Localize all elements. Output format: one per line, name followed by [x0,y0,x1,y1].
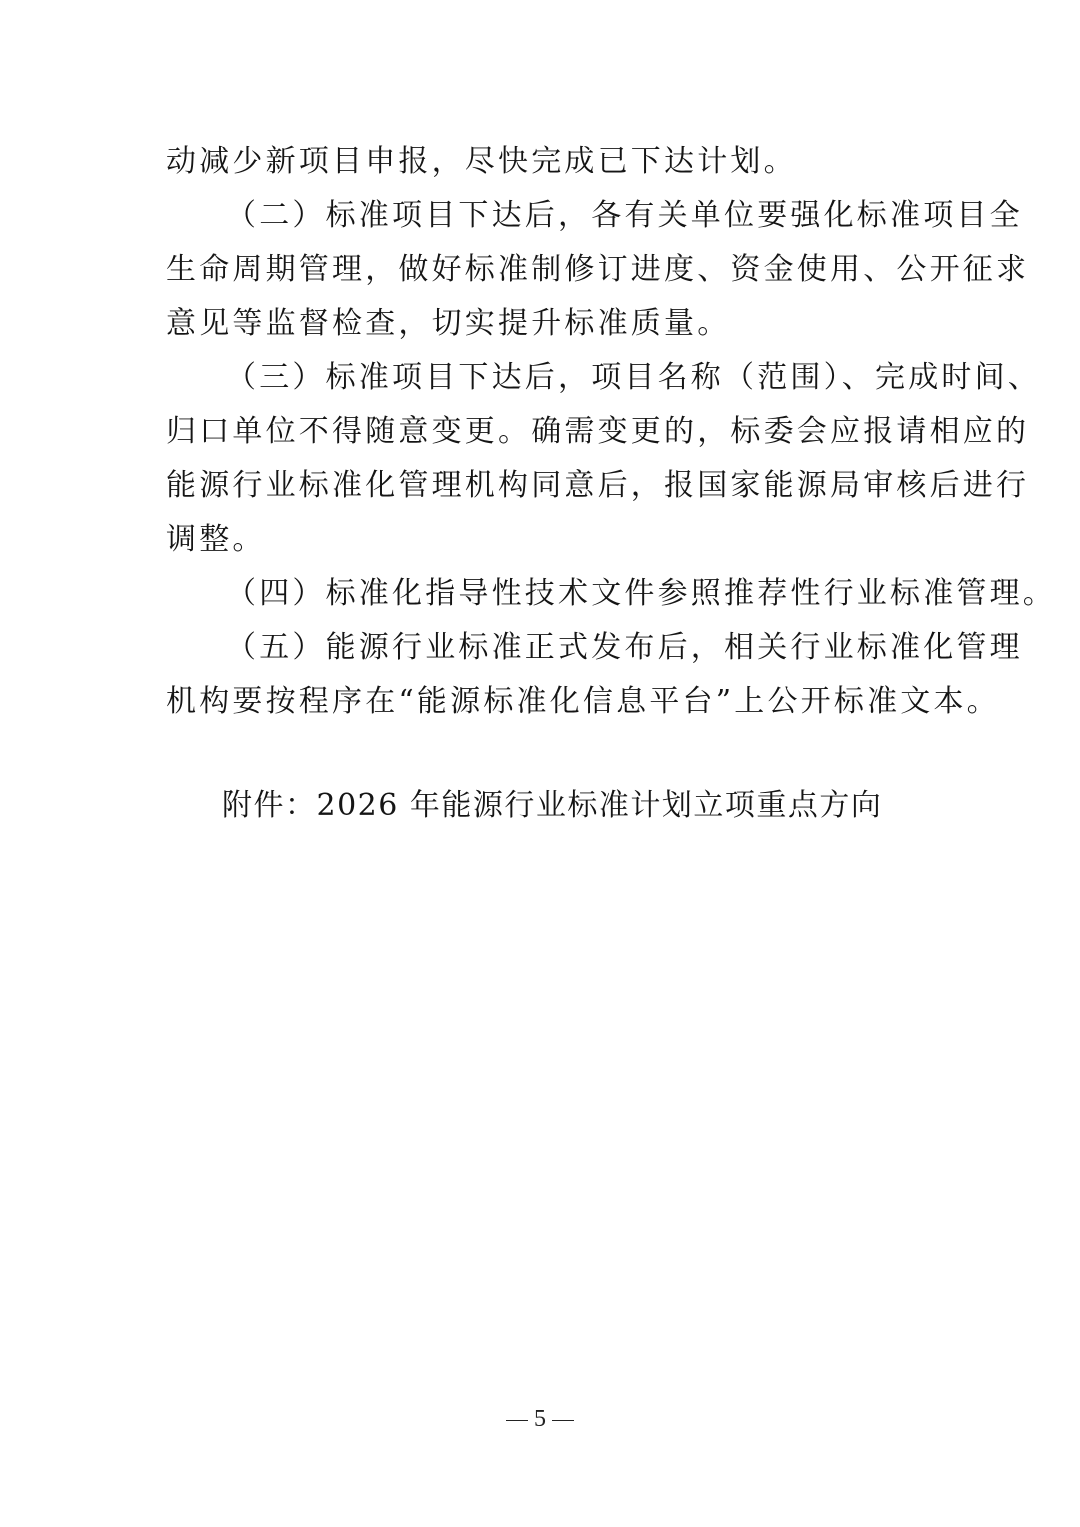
page-number: 5 [534,1406,546,1432]
paragraph-item-3-line-1: （三）标准项目下达后，项目名称（范围）、完成时间、 [226,358,986,398]
paragraph-item-3-line-2: 归口单位不得随意变更。确需变更的，标委会应报请相应的 [166,412,926,452]
paragraph-item-3-line-3: 能源行业标准化管理机构同意后，报国家能源局审核后进行 [166,466,926,506]
paragraph-item-5-line-2: 机构要按程序在“能源标准化信息平台”上公开标准文本。 [166,682,926,722]
paragraph-item-5-line-1: （五）能源行业标准正式发布后，相关行业标准化管理 [226,628,986,668]
dash-right [552,1420,574,1421]
paragraph-item-4-line-1: （四）标准化指导性技术文件参照推荐性行业标准管理。 [226,574,986,614]
attachment-note: 附件：2026 年能源行业标准计划立项重点方向 [222,786,882,826]
paragraph-continuation-line-1: 动减少新项目申报，尽快完成已下达计划。 [166,142,926,182]
document-page: 动减少新项目申报，尽快完成已下达计划。 （二）标准项目下达后，各有关单位要强化标… [0,0,1080,1527]
paragraph-item-2-line-1: （二）标准项目下达后，各有关单位要强化标准项目全 [226,196,986,236]
paragraph-item-2-line-3: 意见等监督检查，切实提升标准质量。 [166,304,926,344]
paragraph-item-3-line-4: 调整。 [166,520,926,560]
dash-left [506,1420,528,1421]
page-footer: 5 [0,1404,1080,1434]
paragraph-item-2-line-2: 生命周期管理，做好标准制修订进度、资金使用、公开征求 [166,250,926,290]
